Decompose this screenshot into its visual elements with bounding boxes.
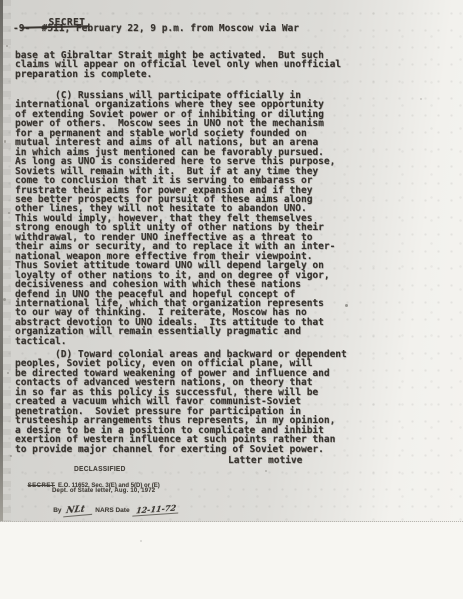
dept-of-state-line: Dept. of State letter, Aug. 10, 1972: [52, 488, 155, 494]
declassified-stamp-title: DECLASSIFIED: [74, 466, 126, 473]
closing-note: Latter motive: [228, 456, 302, 465]
scan-noise-speck: [300, 125, 302, 127]
scan-noise-speck: [420, 98, 422, 100]
paragraph-c: (C) Russians will participate officially…: [15, 91, 335, 346]
scan-noise-speck: [6, 45, 8, 47]
scan-noise-speck: [3, 298, 6, 301]
scan-noise-speck: [8, 212, 10, 214]
scan-noise-speck: [10, 455, 12, 457]
secret-struck-stamp: SECRET: [28, 483, 55, 489]
scanned-telegram-page: SECRET -9- #511, February 22, 9 p.m. fro…: [0, 0, 463, 599]
nars-date-label: NARS Date: [95, 507, 129, 514]
handwritten-signature: NLt: [63, 504, 93, 518]
scan-noise-speck: [7, 372, 9, 374]
scan-left-mottle: [3, 0, 11, 521]
nars-signature-line: ByNLtNARS Date12-11-72: [46, 497, 179, 523]
paragraph-d: (D) Toward colonial areas and backward o…: [15, 350, 347, 454]
scan-noise-speck: [265, 470, 267, 472]
by-label: By: [53, 507, 61, 514]
scan-noise-speck: [345, 304, 348, 307]
scan-noise-speck: [140, 540, 142, 542]
scan-noise-speck: [4, 140, 6, 143]
page-header: -9- #511, February 22, 9 p.m. from Mosco…: [13, 24, 299, 33]
handwritten-date: 12-11-72: [132, 502, 179, 516]
paragraph-intro: base at Gibraltar Strait might be activa…: [15, 51, 341, 79]
